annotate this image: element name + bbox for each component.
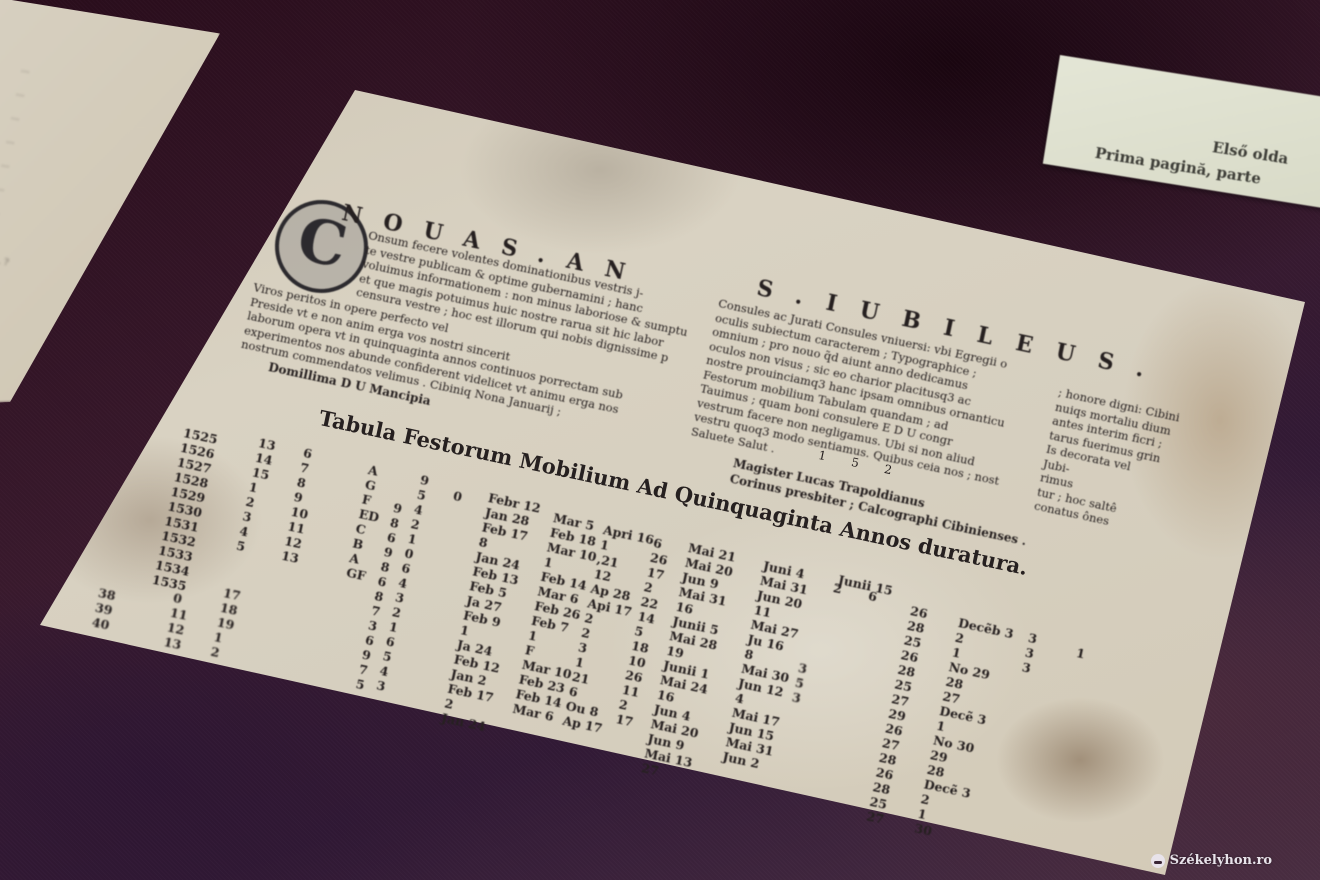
table-column-dominical-letters: A G F ED C B A GF [345,462,390,584]
table-column-years-lower: 38 39 40 [91,585,117,633]
heading-left: NOUAS.AN [340,200,649,290]
table-column-16: 6 [867,588,879,604]
table-column-corpus-christi-lower: 3 5 3 [791,660,809,706]
table-column-years: 1525 1526 1527 1528 1529 1530 1531 1532 … [151,425,219,594]
body-text-right: Consules ac Jurati Consules vniuersi: vb… [690,296,1025,503]
table-column-5: 9 8 6 9 8 6 8 7 3 6 9 7 5 [354,500,403,693]
szekelyhon-logo-icon [1151,854,1165,868]
table-column-easter: Apri 16 1 ,21 12 Ap 28 Api 17 2 2 3 1 21… [561,522,655,738]
table-column-golden-number-b: 6 7 8 9 10 11 12 13 [280,445,322,566]
table-column-ascension: Mai 21 Mai 20 Jun 9 Mai 31 16 Junii 5 Ma… [640,540,737,785]
museum-label-card: Első olda Prima pagină, parte [1043,55,1320,214]
table-column-ash-wednesday: Mar 5 Feb 18 Mar 10 1 Feb 14 Mar 6 Feb 2… [511,510,604,726]
table-column-15: 2 [832,580,844,596]
table-column-advent-days: 26 28 25 26 28 25 27 29 26 27 28 26 28 2… [865,603,929,827]
table-column-golden-number-b-lower: 17 18 19 1 2 [209,585,242,662]
table-column-7: 0 [452,488,464,504]
heading-right: S.IUBILEUS. [755,275,1171,388]
body-text-left-top: Onsum fecere volentes dominationibus ves… [355,228,695,368]
table-column-advent: Decẽb 3 2 1 No 29 28 27 Decẽ 3 1 No 30 2… [913,615,1015,847]
table-title: Tabula Festorum Mobilium Ad Quinquaginta… [317,405,1030,580]
signoff-line: Domillima D U Mancipia [267,360,432,408]
left-partial-document: ... ... ... ... ... ... ... ... ... ... … [0,0,220,405]
body-text-far-right: ; honore digni: Cibini nuiqs mortaliu di… [1033,385,1181,538]
table-column-20: 1 [1075,645,1087,661]
table-column-corpus-christi: Junii 15 [837,572,894,598]
printer-signature: Magister Lucas Trapoldianus Corinus pres… [728,455,1031,549]
decorated-initial-letter: C [266,191,376,301]
watermark: Székelyhon.ro [1151,853,1272,868]
table-column-septuagesima: Febr 12 Jan 28 Feb 17 8 Jan 24 Feb 13 Fe… [440,490,542,736]
table-column-golden-number-a: 13 14 15 1 2 3 4 5 [235,435,277,556]
table-column-6: 9 5 4 2 1 0 6 4 3 2 1 6 5 4 3 [375,472,430,694]
left-document-text: ... ... ... ... ... ... ... ... ... ... … [0,52,142,298]
body-text-left-bottom: Viros peritos in opere perfecto vel Pres… [240,280,630,431]
table-column-pentecost: Juni 4 Mai 31 Jun 20 11 Mai 27 Ju 16 8 M… [721,558,812,773]
table-column-19: 3 3 3 [1021,630,1039,676]
table-column-11: 6 26 17 2 22 14 5 18 10 26 11 2 17 [614,535,672,729]
year-digits: 152 [817,448,919,483]
table-column-golden-number-a-lower: 0 11 12 13 [163,590,193,652]
watermark-text: Székelyhon.ro [1170,853,1272,868]
